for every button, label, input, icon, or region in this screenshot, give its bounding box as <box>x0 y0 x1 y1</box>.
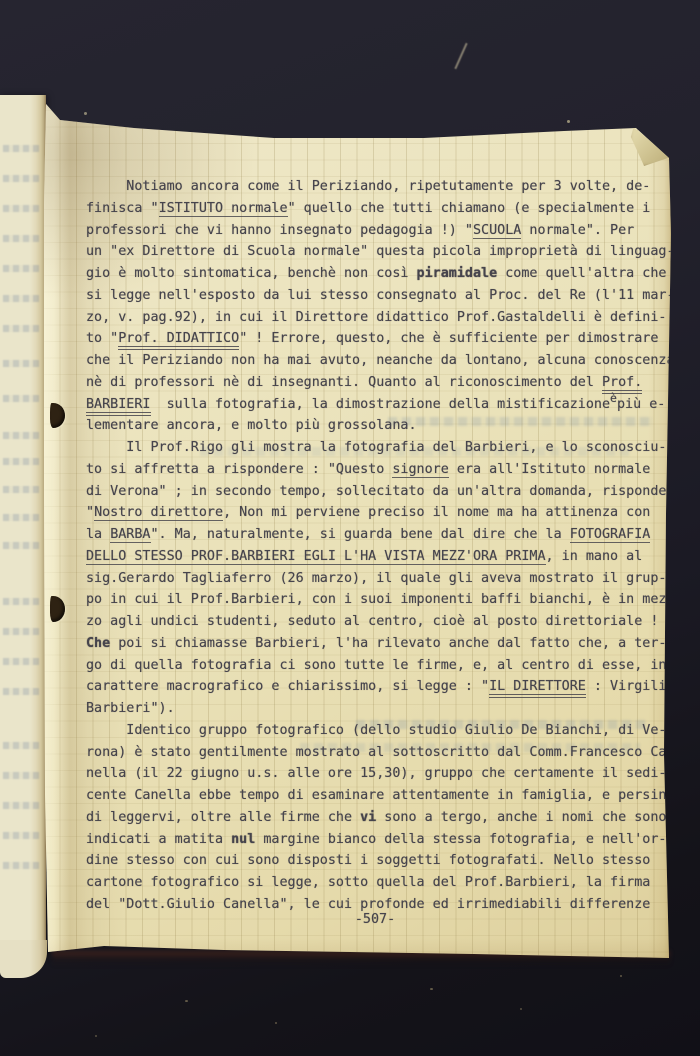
punch-hole-bottom <box>50 596 65 622</box>
bleed-through-handwriting-line <box>3 742 39 749</box>
typed-line: indicati a matita nul margine bianco del… <box>86 829 664 851</box>
bleed-through-handwriting-line <box>3 175 39 182</box>
typed-line: che il Periziando non ha mai avuto, nean… <box>86 350 664 372</box>
bleed-through-handwriting-line <box>3 205 39 212</box>
typed-line: nè di professori nè di insegnanti. Quant… <box>86 372 664 394</box>
underlying-pages-edge <box>0 95 46 957</box>
dust-speck <box>520 1008 522 1010</box>
punch-hole-top <box>50 403 65 428</box>
underlying-pages-edge-bottom <box>0 940 47 978</box>
typed-line: la BARBA". Ma, naturalmente, si guarda b… <box>86 524 664 546</box>
dust-speck <box>567 120 570 123</box>
typed-line: BARBIERI sulla fotografia, la dimostrazi… <box>86 394 664 416</box>
bleed-through-handwriting-line <box>3 265 39 272</box>
typed-line: carattere macrografico e chiarissimo, si… <box>86 676 664 698</box>
manuscript-page: Notiamo ancora come il Periziando, ripet… <box>44 94 674 968</box>
typed-text-block: Notiamo ancora come il Periziando, ripet… <box>86 176 664 916</box>
folded-corner <box>630 122 674 166</box>
typed-line: zo, v. pag.92), in cui il Direttore dida… <box>86 307 664 329</box>
bleed-through-handwriting-line <box>3 360 39 367</box>
bleed-through-handwriting-line <box>3 432 39 439</box>
typed-line: "Nostro direttore, Non mi perviene preci… <box>86 502 664 524</box>
typed-line: Che poi si chiamasse Barbieri, l'ha rile… <box>86 633 664 655</box>
bleed-through-handwriting-line <box>3 772 39 779</box>
bleed-through-handwriting-line <box>3 295 39 302</box>
bleed-through-handwriting-line <box>3 395 39 402</box>
typed-line: gio è molto sintomatica, benchè non così… <box>86 263 664 285</box>
typed-line: cente Canella ebbe tempo di esaminare at… <box>86 785 664 807</box>
typed-line: lementare ancora, e molto più grossolana… <box>86 415 664 437</box>
bleed-through-handwriting-line <box>3 862 39 869</box>
bleed-through-handwriting-line <box>3 658 39 665</box>
typed-line: Notiamo ancora come il Periziando, ripet… <box>86 176 664 198</box>
dust-speck <box>430 988 433 990</box>
typed-line: rona) è stato gentilmente mostrato al so… <box>86 742 664 764</box>
typed-line: Il Prof.Rigo gli mostra la fotografia de… <box>86 437 664 459</box>
typed-line: to "Prof. DIDATTICO" ! Errore, questo, c… <box>86 328 664 350</box>
typed-line: professori che vi hanno insegnato pedago… <box>86 220 664 242</box>
typed-line: di leggervi, oltre alle firme che vi son… <box>86 807 664 829</box>
typed-line: un "ex Direttore di Scuola normale" ques… <box>86 241 664 263</box>
bleed-through-handwriting-line <box>3 542 39 549</box>
dust-speck <box>84 112 87 115</box>
photograph-of-typewritten-page: Notiamo ancora come il Periziando, ripet… <box>0 0 700 1056</box>
typed-line: nella (il 22 giugno u.s. alle ore 15,30)… <box>86 763 664 785</box>
bleed-through-handwriting-line <box>3 688 39 695</box>
bleed-through-handwriting-line <box>3 598 39 605</box>
typed-line: si legge nell'esposto da lui stesso cons… <box>86 285 664 307</box>
page-number: -507- <box>86 912 664 927</box>
dust-speck <box>275 1022 277 1024</box>
dust-speck <box>95 1035 97 1037</box>
typed-line: po in cui il Prof.Barbieri, con i suoi i… <box>86 589 664 611</box>
typed-line: dine stesso con cui sono disposti i sogg… <box>86 850 664 872</box>
dust-speck <box>620 975 622 977</box>
typed-line: DELLO STESSO PROF.BARBIERI EGLI L'HA VIS… <box>86 546 664 568</box>
typed-line: cartone fotografico si legge, sotto quel… <box>86 872 664 894</box>
bleed-through-handwriting-line <box>3 486 39 493</box>
dust-speck <box>185 1000 188 1002</box>
bleed-through-handwriting-line <box>3 628 39 635</box>
bleed-through-handwriting-line <box>3 802 39 809</box>
bleed-through-handwriting-line <box>3 458 39 465</box>
typed-line: finisca "ISTITUTO normale" quello che tu… <box>86 198 664 220</box>
typed-line: zo agli undici studenti, seduto al centr… <box>86 611 664 633</box>
bleed-through-handwriting-line <box>3 145 39 152</box>
bleed-through-handwriting-line <box>3 514 39 521</box>
bleed-through-handwriting-line <box>3 235 39 242</box>
bleed-through-handwriting-line <box>3 832 39 839</box>
typed-line: di Verona" ; in secondo tempo, sollecita… <box>86 481 664 503</box>
typed-line: go di quella fotografia ci sono tutte le… <box>86 655 664 677</box>
scratch-mark <box>454 43 467 69</box>
margin-mark: 0 <box>82 997 92 1016</box>
typed-line: Identico gruppo fotografico (dello studi… <box>86 720 664 742</box>
typed-line: sig.Gerardo Tagliaferro (26 marzo), il q… <box>86 568 664 590</box>
bleed-through-handwriting-line <box>3 325 39 332</box>
typed-line: to si affretta a rispondere : "Questo si… <box>86 459 664 481</box>
typed-line: Barbieri"). <box>86 698 664 720</box>
